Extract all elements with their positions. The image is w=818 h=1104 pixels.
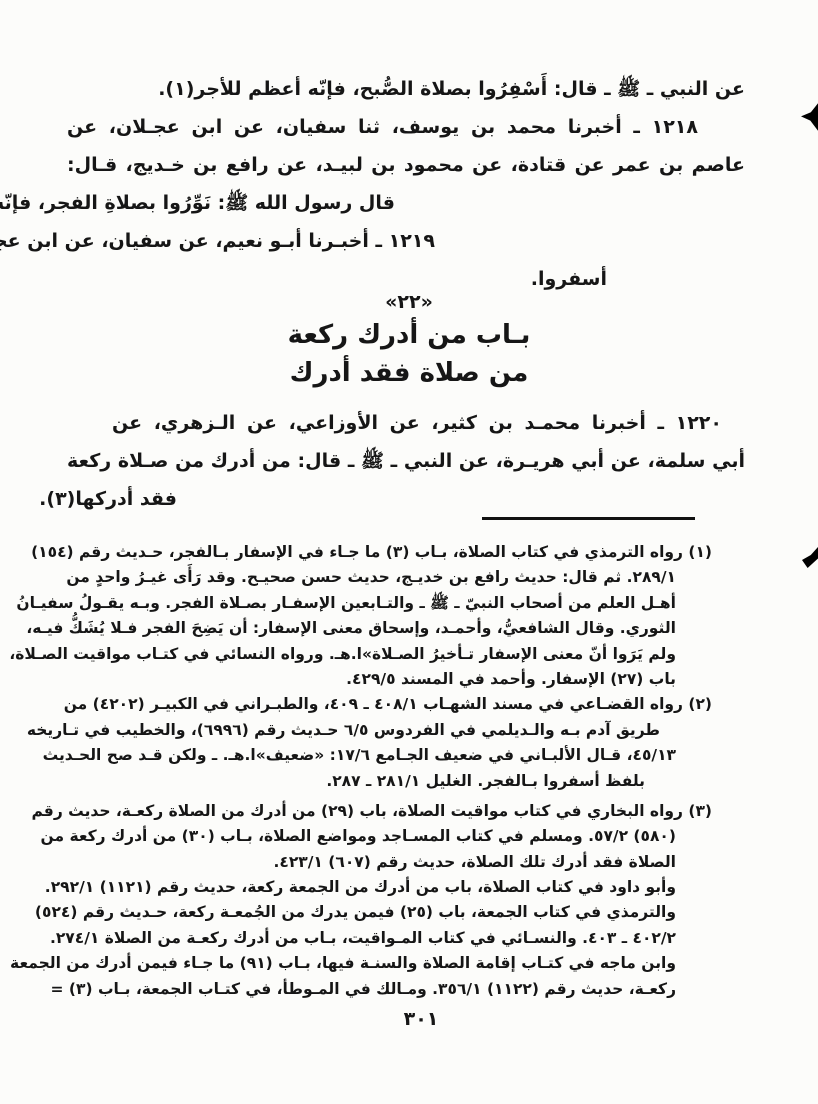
hadith-1217-last-line: عن النبي ـ ﷺ ـ قال: أَسْفِرُوا بصلاة الص…: [67, 70, 745, 108]
footnote-2-line-2: طريق آدم بـه والـديلمي في الفردوس ٦/٥ حـ…: [65, 718, 712, 743]
main-text-lower: ١٢٢٠ ـ أخبرنا محمـد بن كثير، عن الأوزاعي…: [67, 404, 745, 518]
chapter-title-line-2: من صلاة فقد أدرك: [0, 354, 818, 392]
scan-artifact-mid-right: [802, 547, 818, 568]
main-text-upper: عن النبي ـ ﷺ ـ قال: أَسْفِرُوا بصلاة الص…: [67, 70, 745, 298]
scan-artifact-top-right: [801, 102, 818, 132]
footnote-1-line-2: ٢٨٩/١. ثم قال: حديث رافع بن خديـج، حديث …: [65, 565, 712, 590]
footnote-2-line-3: ٤٥/١٣، قـال الألبـاني في ضعيف الجـامع ١٧…: [65, 743, 712, 768]
chapter-title-line-1: بـاب من أدرك ركعة: [0, 316, 818, 354]
footnote-1-line-6: باب (٢٧) الإسفار. وأحمد في المسند ٤٢٩/٥.: [65, 667, 712, 692]
footnote-2-line-4: بلفظ أسفروا بـالفجر. الغليل ٢٨١/١ ـ ٢٨٧.: [65, 769, 712, 794]
footnote-3-line-5: والترمذي في كتاب الجمعة، باب (٢٥) فيمن ي…: [65, 900, 712, 925]
hadith-1218-line-1: ١٢١٨ ـ أخبرنا محمد بن يوسف، ثنا سفيان، ع…: [67, 108, 745, 146]
footnote-3-line-4: وأبو داود في كتاب الصلاة، باب من أدرك من…: [65, 875, 712, 900]
hadith-1219-line-1: ١٢١٩ ـ أخبـرنا أبـو نعيم، عن سفيان، عن ا…: [67, 222, 745, 260]
chapter-heading: «٢٢» بـاب من أدرك ركعة من صلاة فقد أدرك: [0, 288, 818, 392]
chapter-number: «٢٢»: [0, 288, 818, 316]
hadith-1218-line-3: قال رسول الله ﷺ: نَوِّرُوا بصلاةِ الفجر،…: [67, 184, 745, 222]
footnote-2-line-1: (٢) رواه القضـاعي في مسند الشهـاب ٤٠٨/١ …: [65, 692, 712, 717]
footnote-3-line-6: ٤٠٢/٢ ـ ٤٠٣. والنسـائي في كتاب المـواقيت…: [65, 926, 712, 951]
footnotes-block: (١) رواه الترمذي في كتاب الصلاة، بـاب (٣…: [65, 540, 712, 1002]
page-number: ٣٠١: [12, 1008, 818, 1030]
footnote-3-line-2: (٥٨٠) ٥٧/٢. ومسلم في كتاب المسـاجد ومواض…: [65, 824, 712, 849]
footnote-3-line-3: الصلاة فقد أدرك تلك الصلاة، حديث رقم (٦٠…: [65, 850, 712, 875]
hadith-1220-line-3: فقد أدركها(٣).: [67, 480, 745, 518]
book-page: { "colors": { "ink": "#161616", "paper":…: [0, 0, 818, 1104]
footnote-1-line-3: أهـل العلم من أصحاب النبيّ ـ ﷺ ـ والتـاب…: [65, 591, 712, 616]
footnote-1-line-5: ولم يَرَوا أنّ معنى الإسفار تـأخيرُ الصـ…: [65, 642, 712, 667]
hadith-1220-line-2: أبي سلمة، عن أبي هريـرة، عن النبي ـ ﷺ ـ …: [67, 442, 745, 480]
footnote-3-line-1: (٣) رواه البخاري في كتاب مواقيت الصلاة، …: [65, 799, 712, 824]
footnote-3-line-7: وابن ماجه في كتـاب إقامة الصلاة والسنـة …: [65, 951, 712, 976]
footnote-separator: [482, 517, 695, 520]
hadith-1220-line-1: ١٢٢٠ ـ أخبرنا محمـد بن كثير، عن الأوزاعي…: [67, 404, 745, 442]
footnote-1-line-1: (١) رواه الترمذي في كتاب الصلاة، بـاب (٣…: [65, 540, 712, 565]
footnote-1-line-4: الثوري. وقال الشافعيُّ، وأحمـد، وإسحاق م…: [65, 616, 712, 641]
footnote-3-line-8: ركعـة، حديث رقم (١١٢٢) ٣٥٦/١. ومـالك في …: [65, 977, 712, 1002]
hadith-1218-line-2: عاصم بن عمر عن قتادة، عن محمود بن لبيـد،…: [67, 146, 745, 184]
